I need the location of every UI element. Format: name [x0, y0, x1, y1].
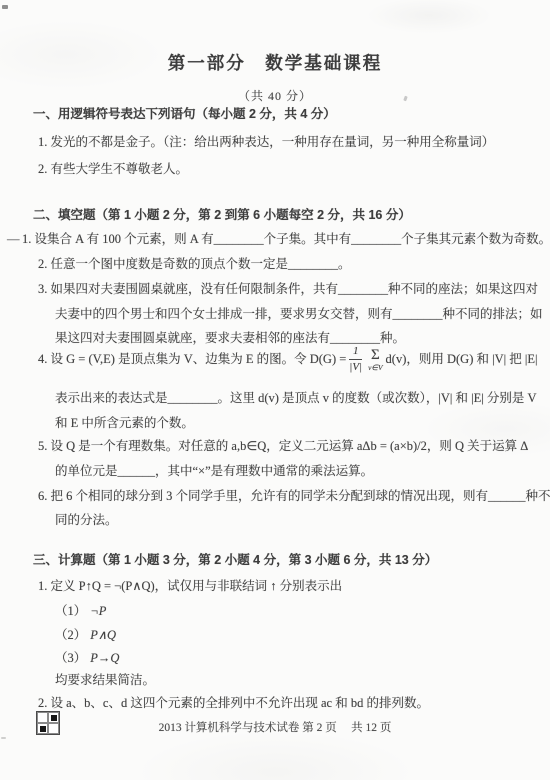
- section3-item-2: 2. 设 a、b、c、d 这四个元素的全排列中不允许出现 ac 和 bd 的排列…: [38, 695, 429, 712]
- sigma-subscript: v∈V: [368, 364, 382, 372]
- page-footer: 2013 计算机科学与技术试卷 第 2 页 共 12 页: [0, 721, 550, 737]
- section1-item-2: 2. 有些大学生不尊敬老人。: [38, 161, 188, 178]
- fraction-denominator: |V|: [349, 362, 362, 373]
- scanned-exam-page: 第一部分 数学基础课程 （共 40 分） 一、用逻辑符号表达下列语句（每小题 2…: [0, 0, 550, 780]
- subitem-1-formula: ¬P: [90, 604, 106, 618]
- section3-subitem-2: （2）P∧Q: [55, 627, 116, 644]
- section2-heading: 二、填空题（第 1 小题 2 分，第 2 到第 6 小题每空 2 分，共 16 …: [33, 207, 411, 224]
- section2-item-1: 1. 设集合 A 有 100 个元素，则 A 有________个子集。其中有_…: [22, 231, 550, 248]
- scan-speck: [1, 737, 6, 739]
- section2-item-5-line1: 5. 设 Q 是一个有理数集。对任意的 a,b∈Q，定义二元运算 aΔb = (…: [38, 438, 528, 455]
- subitem-3-label: （3）: [55, 651, 86, 665]
- item4-text-pre: 4. 设 G = (V,E) 是顶点集为 V、边集为 E 的图。令 D(G) =: [38, 351, 346, 368]
- regmark-dot: [51, 715, 57, 721]
- margin-dash-mark: —: [7, 231, 20, 248]
- summation-symbol: Σ v∈V: [368, 348, 382, 372]
- page-title: 第一部分 数学基础课程: [0, 52, 550, 76]
- subitem-2-formula: P∧Q: [90, 628, 116, 642]
- subitem-1-label: （1）: [55, 604, 86, 618]
- section3-item-1-note: 均要求结果简洁。: [55, 672, 155, 689]
- section1-item-1: 1. 发光的不都是金子。（注：给出两种表达，一种用存在量词，另一种用全称量词）: [38, 134, 494, 151]
- section2-item-3-line1: 3. 如果四对夫妻围圆桌就座，没有任何限制条件，共有________种不同的座法…: [38, 281, 538, 298]
- section2-item-6-line1: 6. 把 6 个相同的球分到 3 个同学手里，允许有的同学未分配到球的情况出现，…: [38, 488, 550, 505]
- section2-item-5-line2: 的单位元是______，其中“×”是有理数中通常的乘法运算。: [55, 463, 373, 480]
- section1-heading: 一、用逻辑符号表达下列语句（每小题 2 分，共 4 分）: [33, 106, 336, 123]
- subitem-2-label: （2）: [55, 628, 86, 642]
- sigma-glyph: Σ: [371, 348, 380, 363]
- total-points: （共 40 分）: [0, 88, 550, 104]
- fraction-bar: [349, 359, 362, 360]
- section2-item-6-line2: 同的分法。: [55, 512, 118, 529]
- section3-subitem-1: （1）¬P: [55, 603, 106, 620]
- section2-item-3-line2: 夫妻中的四个男士和四个女士排成一排，要求男女交替，则有________种不同的排…: [55, 306, 543, 323]
- scan-speck: [2, 5, 8, 9]
- fraction-numerator: 1: [353, 346, 359, 357]
- section2-item-4-line2: 表示出来的表达式是________。这里 d(v) 是顶点 v 的度数（或次数）…: [55, 390, 537, 407]
- section2-item-4-line3: 和 E 中所含元素的个数。: [55, 415, 194, 432]
- section2-item-4-line1: 4. 设 G = (V,E) 是顶点集为 V、边集为 E 的图。令 D(G) =…: [38, 346, 538, 373]
- item4-text-post: d(v)，则用 D(G) 和 |V| 把 |E|: [386, 351, 538, 368]
- subitem-3-formula: P→Q: [90, 651, 119, 665]
- section3-item-1-intro: 1. 定义 P↑Q = ¬(P∧Q)，试仅用与非联结词 ↑ 分别表示出: [38, 578, 342, 595]
- fraction: 1 |V|: [349, 346, 362, 373]
- section3-subitem-3: （3）P→Q: [55, 650, 119, 667]
- section3-heading: 三、计算题（第 1 小题 3 分，第 2 小题 4 分，第 3 小题 6 分，共…: [33, 552, 437, 569]
- section2-item-2: 2. 任意一个图中度数是奇数的顶点个数一定是________。: [38, 256, 351, 273]
